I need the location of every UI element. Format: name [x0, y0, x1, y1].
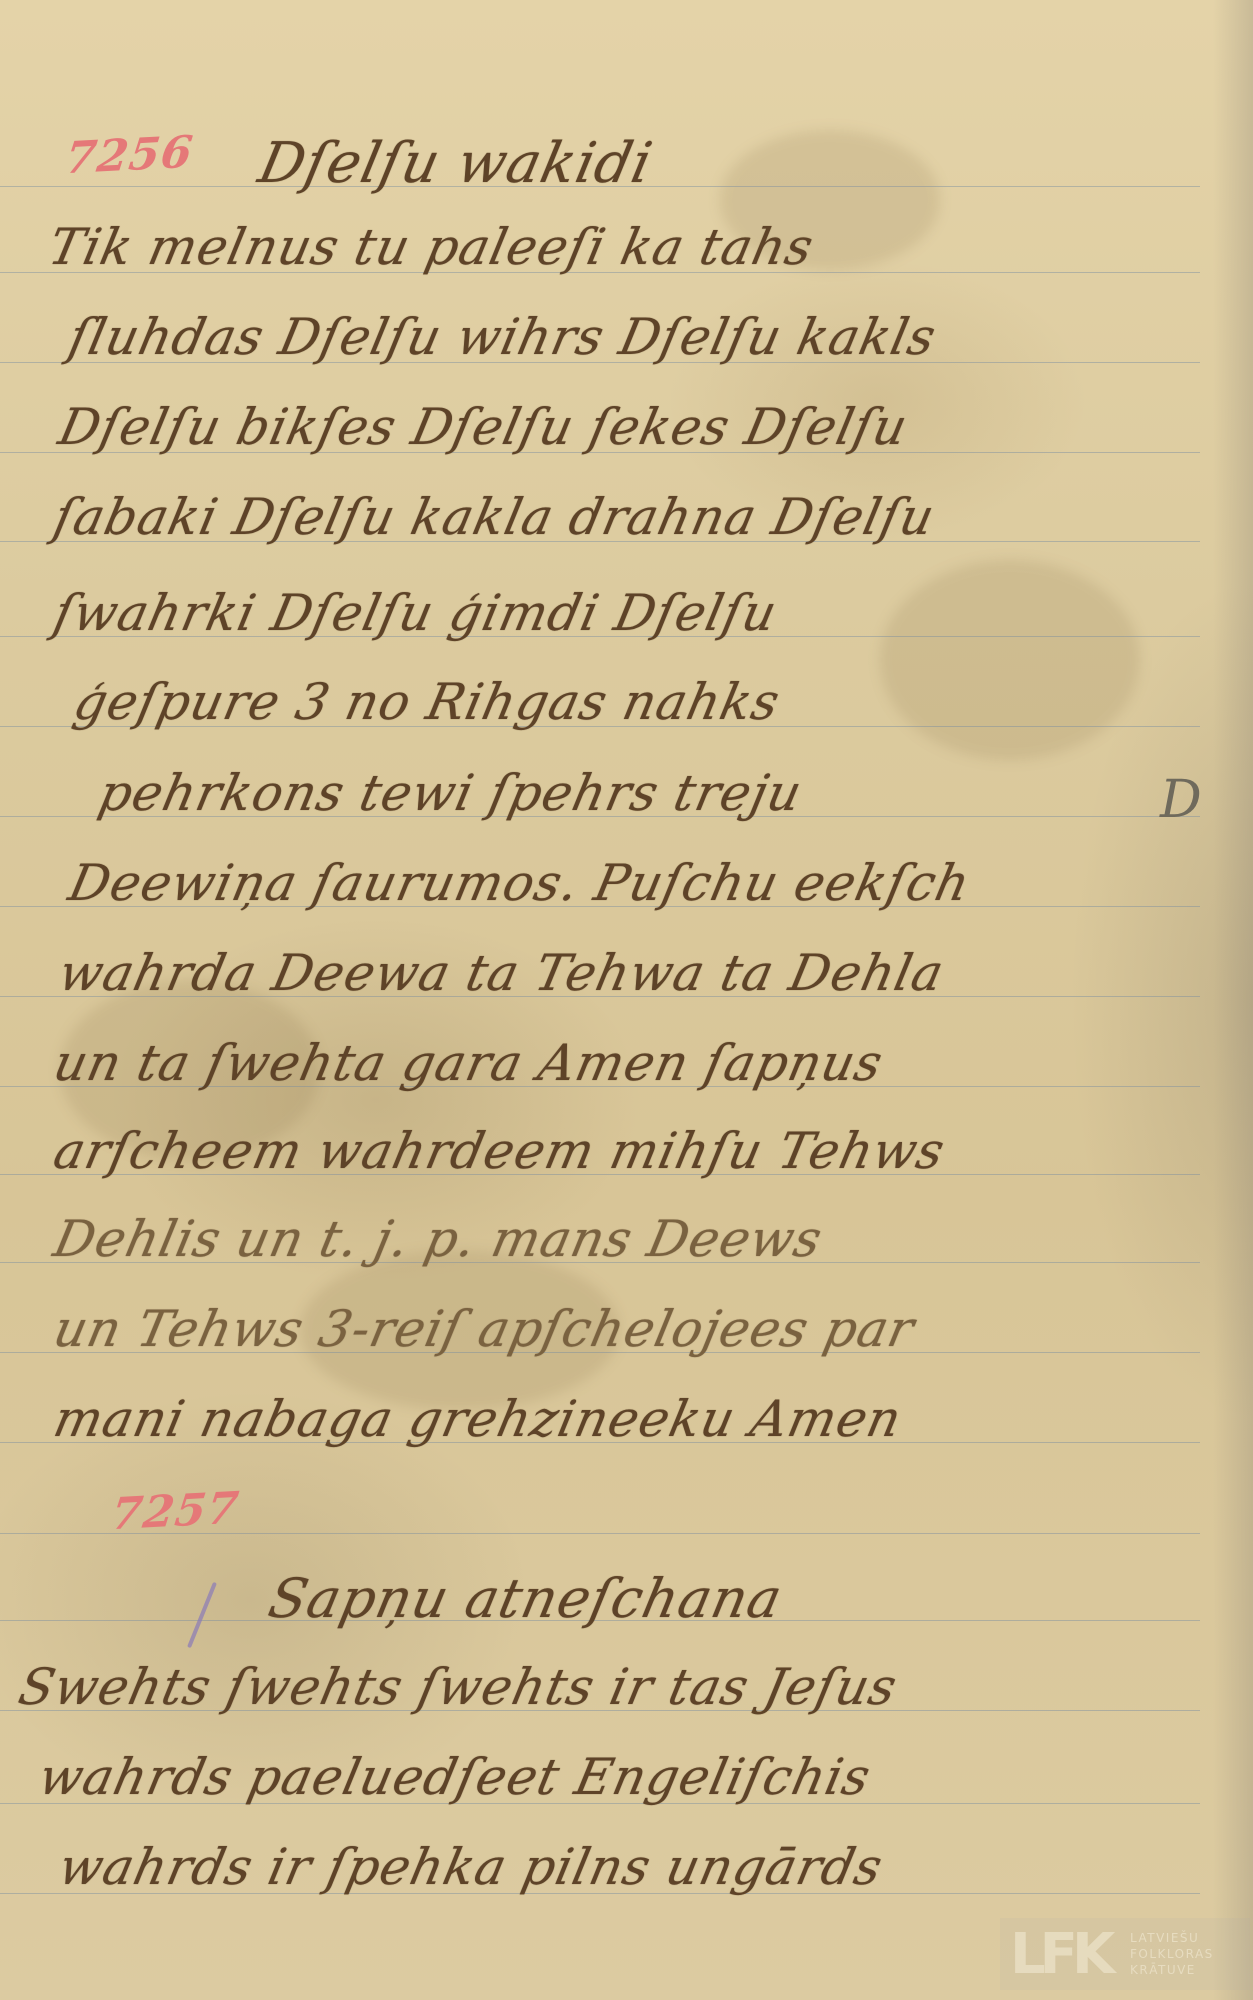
manuscript-line: ſwahrki Dſelſu ģimdi Dſelſu	[50, 588, 782, 638]
manuscript-line: ģeſpure 3 no Rihgas nahks	[70, 677, 785, 727]
manuscript-line: wahrds ir ſpehka pilns ungārds	[55, 1842, 888, 1892]
manuscript-line: pehrkons tewi ſpehrs treju	[95, 768, 807, 818]
manuscript-line: ſluhdas Dſelſu wihrs Dſelſu kakls	[65, 312, 941, 362]
archive-number-7257: 7257	[108, 1483, 242, 1541]
manuscript-line: ſabaki Dſelſu kakla drahna Dſelſu	[50, 492, 940, 542]
manuscript-line: Dſelſu bikſes Dſelſu ſekes Dſelſu	[55, 402, 913, 452]
page-edge-shadow	[1213, 0, 1253, 2000]
watermark-line: LATVIEŠU	[1130, 1930, 1214, 1946]
manuscript-line: un ta ſwehta gara Amen ſapņus	[50, 1038, 888, 1088]
manuscript-line: Tik melnus tu paleeſi ka tahs	[45, 222, 818, 272]
manuscript-page: 7256 Dſelſu wakidi Tik melnus tu paleeſi…	[0, 0, 1253, 2000]
manuscript-line: wahrds paeluedſeet Engeliſchis	[35, 1752, 875, 1802]
manuscript-line: arſcheem wahrdeem mihſu Tehws	[50, 1126, 950, 1176]
lfk-logo-icon: LFK	[1000, 1922, 1130, 1987]
entry-title: Sapņu atneſchana	[264, 1572, 787, 1626]
manuscript-line: mani nabaga grehzineeku Amen	[50, 1394, 907, 1444]
archive-watermark: LFK LATVIEŠU FOLKLORAS KRĀTUVE	[1000, 1918, 1250, 1990]
watermark-text: LATVIEŠU FOLKLORAS KRĀTUVE	[1130, 1930, 1214, 1979]
manuscript-line: Swehts ſwehts ſwehts ir tas Jeſus	[15, 1662, 902, 1712]
manuscript-line: wahrda Deewa ta Tehwa ta Dehla	[55, 948, 949, 998]
manuscript-line: Dehlis un t. j. p. mans Deews	[50, 1214, 827, 1264]
watermark-line: FOLKLORAS	[1130, 1946, 1214, 1962]
manuscript-line: Deewiņa ſaurumos. Puſchu eekſch	[65, 858, 975, 908]
pencil-mark	[187, 1582, 217, 1648]
archive-number-7256: 7256	[62, 127, 196, 185]
margin-bracket-mark: D	[1160, 770, 1202, 830]
entry-title: Dſelſu wakidi	[254, 136, 657, 192]
watermark-line: KRĀTUVE	[1130, 1962, 1214, 1978]
manuscript-line: un Tehws 3-reiſ apſchelojees par	[50, 1304, 919, 1354]
paper-stain	[880, 560, 1140, 760]
